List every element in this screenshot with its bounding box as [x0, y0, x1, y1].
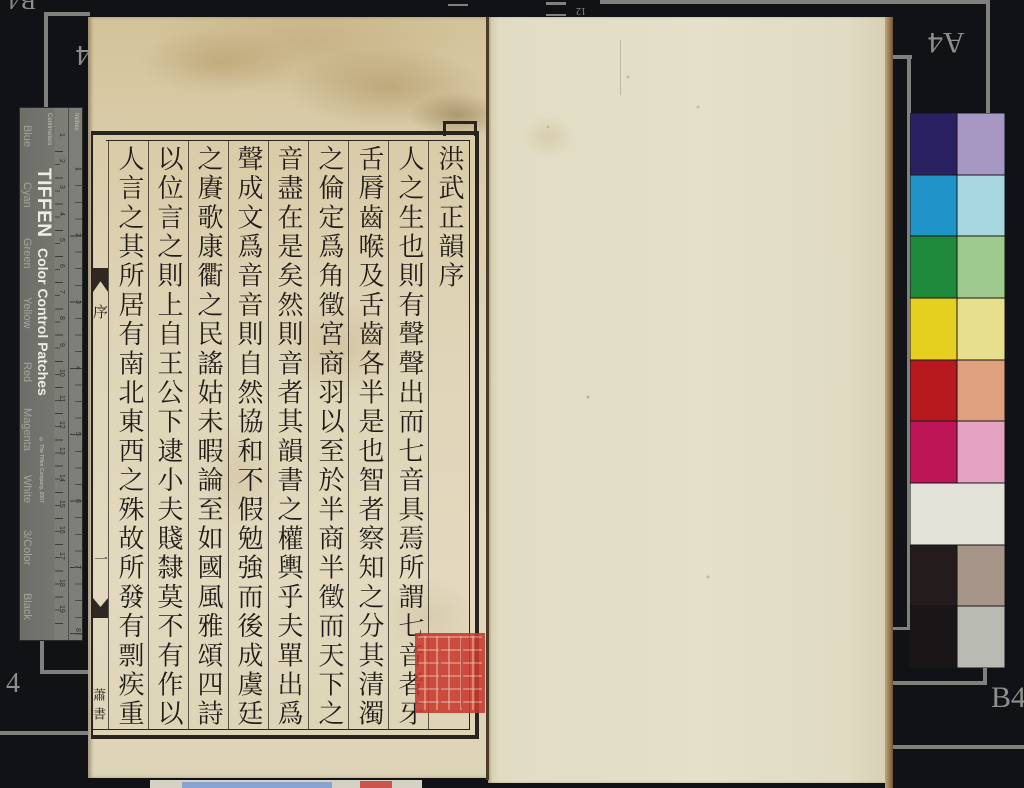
patch-red [910, 360, 957, 422]
border-bottom-outer [92, 735, 479, 739]
book-fore-edge [885, 17, 893, 788]
cm-number: 15 [58, 500, 65, 508]
cm-number: 16 [58, 526, 65, 534]
patch-cyan-light [957, 175, 1005, 237]
fold-margin-section: 序 [92, 304, 107, 319]
cm-number: 10 [58, 369, 65, 377]
cm-number: 18 [58, 579, 65, 587]
cm-number: 2 [58, 159, 65, 163]
book-ear-tab [443, 121, 477, 136]
seal-divider [461, 638, 463, 708]
frame-line [983, 668, 987, 685]
patch-3color [910, 545, 957, 607]
target-label-bottom-left: 4 [6, 670, 20, 698]
patch-blue [910, 113, 957, 175]
tiffen-logo: TIFFEN [34, 168, 53, 238]
cm-number: 14 [58, 474, 65, 482]
border-top-outer [92, 131, 479, 135]
paper-slip [150, 780, 422, 788]
text-column-5: 聲成文爲音音則自然協和不假勉強而後成虞廷 [228, 145, 268, 729]
card-title: Color Control Patches [36, 248, 50, 396]
frame-line [44, 12, 48, 108]
cm-number: 5 [58, 238, 65, 242]
patch-label-black: Black [21, 593, 32, 620]
patch-magenta-light [957, 421, 1005, 483]
text-column-3: 之倫定爲角徵宮商羽以至於半商半徵而天下之 [309, 145, 349, 729]
frame-line [892, 681, 987, 685]
inch-number: 7 [74, 565, 81, 569]
cm-number: 1 [58, 133, 65, 137]
slip-blue-band [182, 782, 332, 788]
patch-label-3color: 3/Color [21, 530, 32, 565]
border-bottom-inner [92, 729, 470, 730]
frame-line [0, 731, 90, 735]
scan-scene: B4 4 12 A4 4 B4 Centimeters Inches TIFFE… [0, 0, 1024, 788]
patch-label-green: Green [21, 238, 32, 269]
cm-number: 3 [58, 185, 65, 189]
target-label-top-center: 12 [576, 5, 586, 15]
inch-number: 6 [74, 499, 81, 503]
text-column-4: 音盡在是矣然則音者其韻書之權輿乎夫單出爲 [268, 145, 308, 729]
text-column-7: 以位言之則上自王公下逮小夫賤隸莫不有作以 [148, 145, 188, 729]
tiffen-color-card: Centimeters Inches TIFFEN Color Control … [20, 108, 82, 640]
frame-line [546, 2, 566, 5]
patch-yellow-light [957, 298, 1005, 360]
cm-number: 9 [58, 343, 65, 347]
patch-green [910, 236, 957, 298]
frame-line [546, 14, 566, 16]
cm-number: 12 [58, 421, 65, 429]
target-label-bottom-right: B4 [991, 683, 1024, 713]
patch-white [910, 483, 1005, 545]
border-top-inner [106, 140, 470, 141]
patch-magenta [910, 421, 957, 483]
frame-line [892, 745, 1024, 749]
patch-red-light [957, 360, 1005, 422]
cm-number: 17 [58, 552, 65, 560]
cm-number: 19 [58, 605, 65, 613]
centimeters-label: Centimeters [46, 113, 52, 145]
slip-red-mark [360, 781, 392, 788]
text-column-8: 人言之其所居有南北東西之殊故所發有剽疾重 [109, 145, 149, 729]
fold-margin-footer: 蕭書 [91, 688, 104, 726]
preface-title-column: 洪武正韻序 [429, 145, 469, 291]
patch-3color-light [957, 545, 1005, 607]
cm-number: 11 [58, 395, 65, 402]
patch-yellow [910, 298, 957, 360]
patch-label-yellow: Yellow [21, 297, 32, 328]
target-label-top-right: A4 [928, 27, 965, 57]
red-seal-stamp [415, 633, 485, 713]
inch-number: 5 [74, 432, 81, 436]
book-gutter [486, 17, 489, 780]
inch-number: 8 [74, 628, 81, 632]
inches-label: Inches [73, 113, 79, 131]
frame-line [600, 0, 990, 4]
color-patch-chart [910, 113, 1005, 668]
patch-cyan [910, 175, 957, 237]
patch-label-blue: Blue [21, 125, 32, 147]
text-column-6: 之賡歌康衢之民謠姑未暇論至如國風雅頌四詩 [188, 145, 228, 729]
frame-line [986, 0, 990, 113]
inch-number: 2 [74, 233, 81, 237]
patch-label-magenta: Magenta [21, 408, 32, 451]
card-copyright: © The Tiffen Company, 2007 [38, 437, 43, 503]
patch-black [910, 606, 957, 668]
inch-number: 3 [74, 300, 81, 304]
page-crease [620, 40, 621, 95]
cm-number: 6 [58, 264, 65, 268]
seal-divider [439, 638, 441, 708]
cm-number: 8 [58, 316, 65, 320]
cm-number: 4 [58, 212, 65, 216]
inch-number: 1 [74, 167, 81, 171]
cm-number: 13 [58, 447, 65, 455]
border-left [91, 131, 93, 739]
right-page-blank [488, 17, 885, 783]
patch-label-cyan: Cyan [21, 182, 32, 208]
frame-line [448, 4, 468, 6]
inch-number: 4 [74, 366, 81, 370]
patch-blue-light [957, 113, 1005, 175]
frame-line [40, 640, 44, 674]
frame-line [40, 670, 90, 674]
frame-line [44, 12, 90, 16]
patch-gray [957, 606, 1005, 668]
scale-divider [68, 108, 69, 640]
text-column-2: 舌脣齒喉及舌齒各半是也智者察知之分其清濁 [349, 145, 389, 729]
target-label-top-left: B4 [8, 0, 36, 12]
fold-margin-folio: 一 [93, 552, 107, 566]
patch-label-red: Red [21, 362, 32, 382]
patch-label-white: White [21, 475, 32, 503]
frame-line [890, 627, 910, 630]
cm-number: 7 [58, 290, 65, 294]
patch-green-light [957, 236, 1005, 298]
